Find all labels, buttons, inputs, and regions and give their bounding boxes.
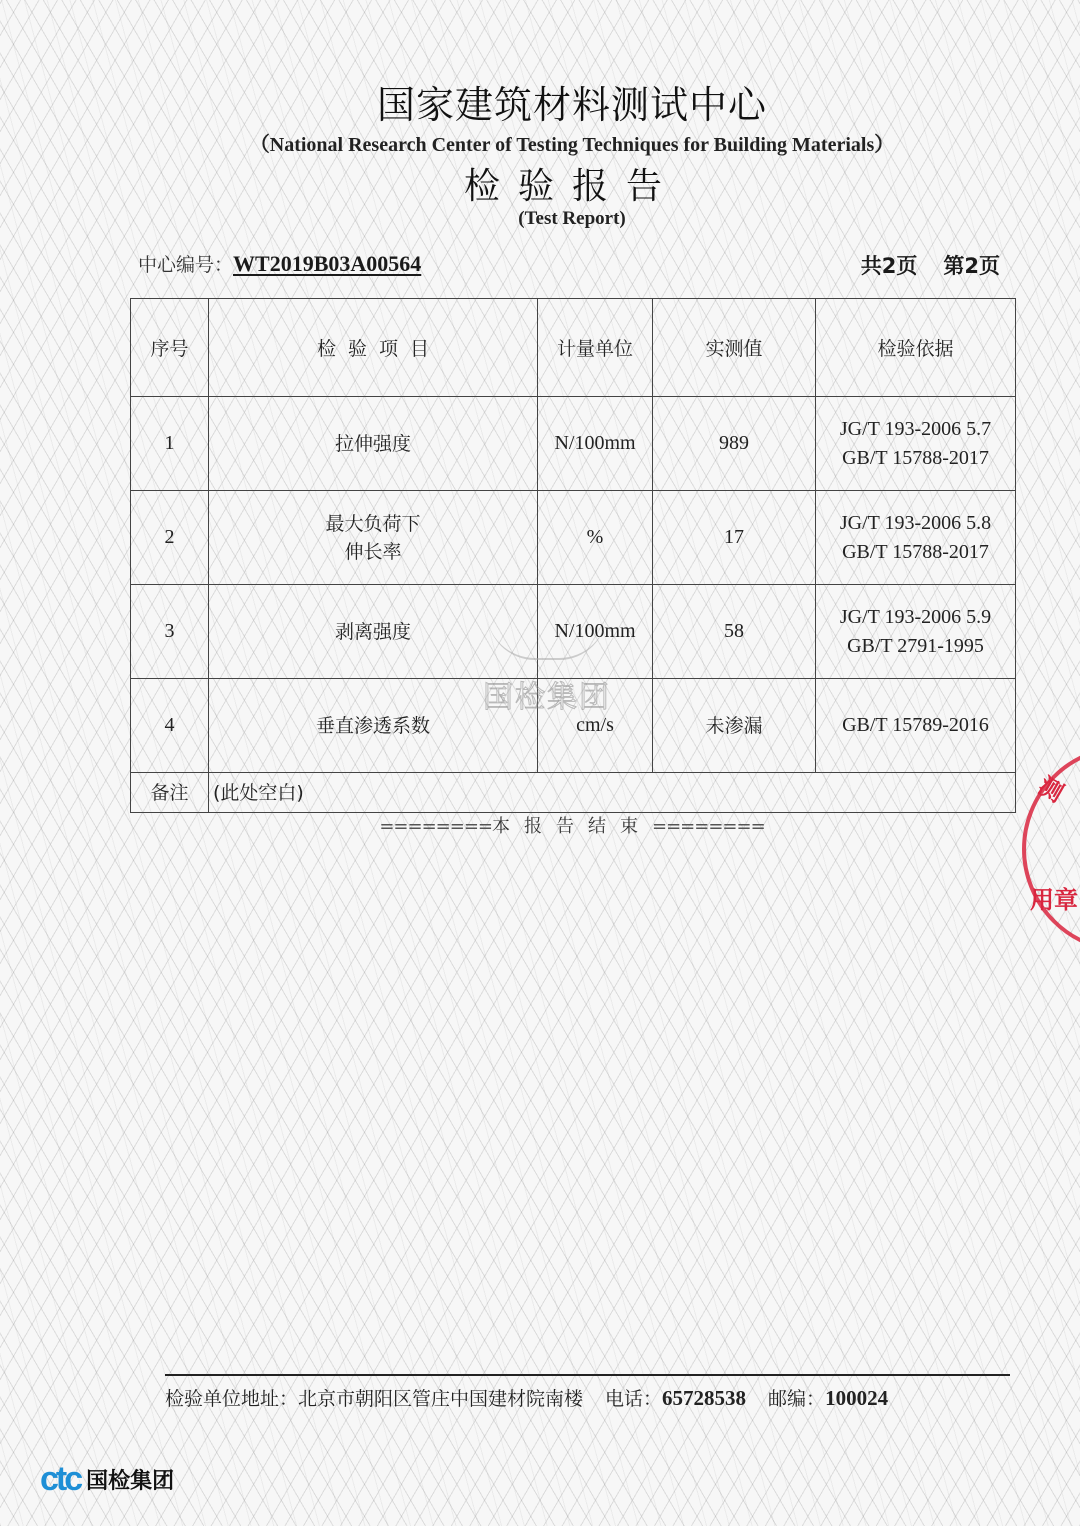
header-item: 检 验 项 目: [209, 299, 538, 397]
row-value: 17: [653, 491, 816, 585]
remark-row: 备注 (此处空白): [131, 773, 1016, 813]
row-basis: GB/T 15789-2016: [816, 679, 1016, 773]
remark-text: (此处空白): [209, 773, 1016, 813]
row-value: 58: [653, 585, 816, 679]
phone-value: 65728538: [662, 1386, 746, 1410]
row-item: 拉伸强度: [209, 397, 538, 491]
row-basis: JG/T 193-2006 5.9GB/T 2791-1995: [816, 585, 1016, 679]
address-value: 北京市朝阳区管庄中国建材院南楼: [298, 1388, 583, 1410]
row-no: 2: [131, 491, 209, 585]
row-value: 未渗漏: [653, 679, 816, 773]
report-end-text: 本报告结束: [492, 816, 652, 837]
total-pages: 共2页: [861, 254, 918, 278]
footer-contact: 检验单位地址：北京市朝阳区管庄中国建材院南楼电话：65728538邮编：1000…: [165, 1384, 888, 1411]
row-unit: N/100mm: [538, 585, 653, 679]
test-results-table: 序号 检 验 项 目 计量单位 实测值 检验依据 1 拉伸强度 N/100mm …: [130, 298, 1016, 813]
postcode-value: 100024: [825, 1386, 888, 1410]
report-title-en: (Test Report): [0, 208, 1080, 230]
row-no: 4: [131, 679, 209, 773]
row-unit: cm/s: [538, 679, 653, 773]
company-logo: ctc 国检集团: [40, 1462, 174, 1496]
ctc-logo-icon: ctc: [40, 1462, 80, 1496]
report-title-cn: 检验报告: [0, 158, 1080, 209]
header-value: 实测值: [653, 299, 816, 397]
center-number: 中心编号：WT2019B03A00564: [138, 250, 421, 277]
address-label: 检验单位地址：: [165, 1388, 298, 1410]
row-no: 3: [131, 585, 209, 679]
stamp-text-bottom: 用章: [1030, 880, 1078, 915]
footer-divider: [165, 1374, 1010, 1376]
header-basis: 检验依据: [816, 299, 1016, 397]
table-row: 4 垂直渗透系数 cm/s 未渗漏 GB/T 15789-2016: [131, 679, 1016, 773]
center-number-label: 中心编号：: [138, 254, 233, 276]
row-basis: JG/T 193-2006 5.7GB/T 15788-2017: [816, 397, 1016, 491]
company-name: 国检集团: [86, 1464, 174, 1495]
table-header-row: 序号 检 验 项 目 计量单位 实测值 检验依据: [131, 299, 1016, 397]
row-unit: %: [538, 491, 653, 585]
row-basis: JG/T 193-2006 5.8GB/T 15788-2017: [816, 491, 1016, 585]
organization-title-cn: 国家建筑材料测试中心: [0, 74, 1080, 129]
table-row: 3 剥离强度 N/100mm 58 JG/T 193-2006 5.9GB/T …: [131, 585, 1016, 679]
remark-label: 备注: [131, 773, 209, 813]
page-indicator: 共2页第2页: [861, 250, 1000, 280]
table-row: 2 最大负荷下伸长率 % 17 JG/T 193-2006 5.8GB/T 15…: [131, 491, 1016, 585]
row-item: 垂直渗透系数: [209, 679, 538, 773]
header-no: 序号: [131, 299, 209, 397]
row-no: 1: [131, 397, 209, 491]
table-row: 1 拉伸强度 N/100mm 989 JG/T 193-2006 5.7GB/T…: [131, 397, 1016, 491]
header-unit: 计量单位: [538, 299, 653, 397]
organization-title-en: （National Research Center of Testing Tec…: [0, 128, 1080, 157]
phone-label: 电话：: [605, 1388, 662, 1410]
report-end-marker: ========本报告结束========: [0, 812, 1080, 838]
row-item: 最大负荷下伸长率: [209, 491, 538, 585]
postcode-label: 邮编：: [768, 1388, 825, 1410]
row-item: 剥离强度: [209, 585, 538, 679]
current-page: 第2页: [943, 254, 1000, 278]
row-value: 989: [653, 397, 816, 491]
row-unit: N/100mm: [538, 397, 653, 491]
center-number-value: WT2019B03A00564: [233, 251, 421, 276]
